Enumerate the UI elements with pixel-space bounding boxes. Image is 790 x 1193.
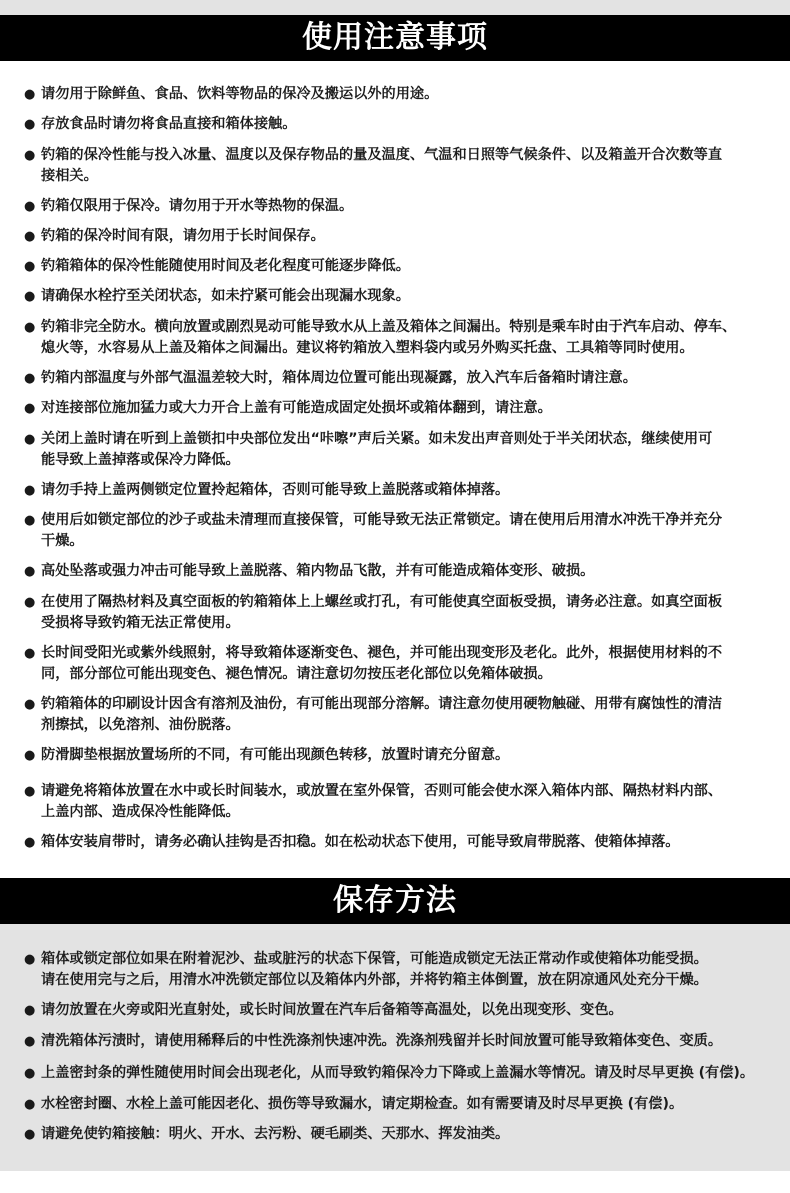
list-item-text: 存放食品时请勿将食品直接和箱体接触。 xyxy=(41,114,774,135)
list-item: 关闭上盖时请在听到上盖锁扣中央部位发出“咔嚓”声后关紧。如未发出声音则处于半关闭… xyxy=(24,429,774,471)
list-item: 高处坠落或强力冲击可能导致上盖脱落、箱内物品飞散，并有可能造成箱体变形、破损。 xyxy=(24,561,774,582)
bullet-icon xyxy=(24,1031,41,1052)
list-item-text: 对连接部位施加猛力或大力开合上盖有可能造成固定处损坏或箱体翻到，请注意。 xyxy=(41,398,774,419)
list-item: 请避免使钓箱接触：明火、开水、去污粉、硬毛刷类、天那水、挥发油类。 xyxy=(24,1124,774,1145)
list-item-text: 请勿放置在火旁或阳光直射处，或长时间放置在汽车后备箱等高温处，以免出现变形、变色… xyxy=(41,1000,774,1021)
bullet-icon xyxy=(24,1000,41,1021)
list-item-text: 请勿用于除鲜鱼、食品、饮料等物品的保冷及搬运以外的用途。 xyxy=(41,84,774,105)
bullet-icon xyxy=(24,480,41,501)
list-item-text: 钓箱非完全防水。横向放置或剧烈晃动可能导致水从上盖及箱体之间漏出。特别是乘车时由… xyxy=(41,317,774,359)
list-item: 防滑脚垫根据放置场所的不同，有可能出现颜色转移，放置时请充分留意。 xyxy=(24,745,774,766)
list-item: 箱体或锁定部位如果在附着泥沙、盐或脏污的状态下保管，可能造成锁定无法正常动作或使… xyxy=(24,949,774,991)
list-item-text: 请避免将箱体放置在水中或长时间装水，或放置在室外保管，否则可能会使水深入箱体内部… xyxy=(41,781,774,823)
bullet-icon xyxy=(24,196,41,217)
list-item-text: 水栓密封圈、水栓上盖可能因老化、损伤等导致漏水，请定期检查。如有需要请及时尽早更… xyxy=(41,1094,774,1115)
bullet-icon xyxy=(24,429,41,471)
list-item-text: 箱体或锁定部位如果在附着泥沙、盐或脏污的状态下保管，可能造成锁定无法正常动作或使… xyxy=(41,949,774,991)
list-item-text: 钓箱仅限用于保冷。请勿用于开水等热物的保温。 xyxy=(41,196,774,217)
list-item: 请勿放置在火旁或阳光直射处，或长时间放置在汽车后备箱等高温处，以免出现变形、变色… xyxy=(24,1000,774,1021)
list-item: 水栓密封圈、水栓上盖可能因老化、损伤等导致漏水，请定期检查。如有需要请及时尽早更… xyxy=(24,1094,774,1115)
list-item-text: 请确保水栓拧至关闭状态，如未拧紧可能会出现漏水现象。 xyxy=(41,286,774,307)
list-item: 上盖密封条的弹性随使用时间会出现老化，从而导致钓箱保冷力下降或上盖漏水等情况。请… xyxy=(24,1063,774,1084)
list-item-text: 请勿手持上盖两侧锁定位置拎起箱体，否则可能导致上盖脱落或箱体掉落。 xyxy=(41,480,774,501)
list-item: 使用后如锁定部位的沙子或盐未清理而直接保管，可能导致无法正常锁定。请在使用后用清… xyxy=(24,510,774,552)
list-item: 钓箱的保冷时间有限，请勿用于长时间保存。 xyxy=(24,226,774,247)
bullet-icon xyxy=(24,226,41,247)
list-item: 钓箱内部温度与外部气温温差较大时，箱体周边位置可能出现凝露，放入汽车后备箱时请注… xyxy=(24,368,774,389)
bullet-icon xyxy=(24,1124,41,1145)
bullet-icon xyxy=(24,561,41,582)
list-item: 请勿手持上盖两侧锁定位置拎起箱体，否则可能导致上盖脱落或箱体掉落。 xyxy=(24,480,774,501)
list-item-text: 使用后如锁定部位的沙子或盐未清理而直接保管，可能导致无法正常锁定。请在使用后用清… xyxy=(41,510,774,552)
bullet-icon xyxy=(24,592,41,634)
list-item-text: 上盖密封条的弹性随使用时间会出现老化，从而导致钓箱保冷力下降或上盖漏水等情况。请… xyxy=(41,1063,774,1084)
bullet-icon xyxy=(24,84,41,105)
bullet-icon xyxy=(24,1094,41,1115)
bullet-icon xyxy=(24,694,41,736)
bullet-icon xyxy=(24,317,41,359)
bullet-icon xyxy=(24,643,41,685)
bullet-icon xyxy=(24,286,41,307)
list-item: 在使用了隔热材料及真空面板的钓箱箱体上上螺丝或打孔，有可能使真空面板受损，请务必… xyxy=(24,592,774,634)
list-item: 钓箱的保冷性能与投入冰量、温度以及保存物品的量及温度、气温和日照等气候条件、以及… xyxy=(24,145,774,187)
bullet-icon xyxy=(24,781,41,823)
list-item-text: 钓箱箱体的印刷设计因含有溶剂及油份，有可能出现部分溶解。请注意勿使用硬物触碰、用… xyxy=(41,694,774,736)
list-item: 清洗箱体污渍时，请使用稀释后的中性洗涤剂快速冲洗。洗涤剂残留并长时间放置可能导致… xyxy=(24,1031,774,1052)
section-title-storage-method: 保存方法 xyxy=(0,878,790,924)
bullet-icon xyxy=(24,368,41,389)
list-item-text: 长时间受阳光或紫外线照射，将导致箱体逐渐变色、褪色，并可能出现变形及老化。此外，… xyxy=(41,643,774,685)
bullet-icon xyxy=(24,949,41,991)
section-title-usage-notes: 使用注意事项 xyxy=(0,15,790,61)
bullet-icon xyxy=(24,510,41,552)
list-item: 存放食品时请勿将食品直接和箱体接触。 xyxy=(24,114,774,135)
list-item: 钓箱仅限用于保冷。请勿用于开水等热物的保温。 xyxy=(24,196,774,217)
list-item: 箱体安装肩带时，请务必确认挂钩是否扣稳。如在松动状态下使用，可能导致肩带脱落、使… xyxy=(24,832,774,853)
list-item-text: 高处坠落或强力冲击可能导致上盖脱落、箱内物品飞散，并有可能造成箱体变形、破损。 xyxy=(41,561,774,582)
list-item-text: 防滑脚垫根据放置场所的不同，有可能出现颜色转移，放置时请充分留意。 xyxy=(41,745,774,766)
list-item-text: 关闭上盖时请在听到上盖锁扣中央部位发出“咔嚓”声后关紧。如未发出声音则处于半关闭… xyxy=(41,429,774,471)
list-item-text: 请避免使钓箱接触：明火、开水、去污粉、硬毛刷类、天那水、挥发油类。 xyxy=(41,1124,774,1145)
list-item-text: 钓箱箱体的保冷性能随使用时间及老化程度可能逐步降低。 xyxy=(41,256,774,277)
bullet-icon xyxy=(24,1063,41,1084)
list-item-text: 清洗箱体污渍时，请使用稀释后的中性洗涤剂快速冲洗。洗涤剂残留并长时间放置可能导致… xyxy=(41,1031,774,1052)
top-band xyxy=(0,0,790,15)
bullet-icon xyxy=(24,145,41,187)
list-item-text: 在使用了隔热材料及真空面板的钓箱箱体上上螺丝或打孔，有可能使真空面板受损，请务必… xyxy=(41,592,774,634)
list-item: 对连接部位施加猛力或大力开合上盖有可能造成固定处损坏或箱体翻到，请注意。 xyxy=(24,398,774,419)
list-item: 钓箱非完全防水。横向放置或剧烈晃动可能导致水从上盖及箱体之间漏出。特别是乘车时由… xyxy=(24,317,774,359)
bullet-icon xyxy=(24,745,41,766)
list-item: 请确保水栓拧至关闭状态，如未拧紧可能会出现漏水现象。 xyxy=(24,286,774,307)
bullet-icon xyxy=(24,832,41,853)
list-item: 钓箱箱体的保冷性能随使用时间及老化程度可能逐步降低。 xyxy=(24,256,774,277)
list-item: 请勿用于除鲜鱼、食品、饮料等物品的保冷及搬运以外的用途。 xyxy=(24,84,774,105)
list-item-text: 钓箱的保冷性能与投入冰量、温度以及保存物品的量及温度、气温和日照等气候条件、以及… xyxy=(41,145,774,187)
list-item-text: 箱体安装肩带时，请务必确认挂钩是否扣稳。如在松动状态下使用，可能导致肩带脱落、使… xyxy=(41,832,774,853)
list-item: 钓箱箱体的印刷设计因含有溶剂及油份，有可能出现部分溶解。请注意勿使用硬物触碰、用… xyxy=(24,694,774,736)
bullet-icon xyxy=(24,256,41,277)
bullet-icon xyxy=(24,114,41,135)
list-item: 长时间受阳光或紫外线照射，将导致箱体逐渐变色、褪色，并可能出现变形及老化。此外，… xyxy=(24,643,774,685)
list-item-text: 钓箱内部温度与外部气温温差较大时，箱体周边位置可能出现凝露，放入汽车后备箱时请注… xyxy=(41,368,774,389)
list-item-text: 钓箱的保冷时间有限，请勿用于长时间保存。 xyxy=(41,226,774,247)
list-item: 请避免将箱体放置在水中或长时间装水，或放置在室外保管，否则可能会使水深入箱体内部… xyxy=(24,781,774,823)
bullet-icon xyxy=(24,398,41,419)
